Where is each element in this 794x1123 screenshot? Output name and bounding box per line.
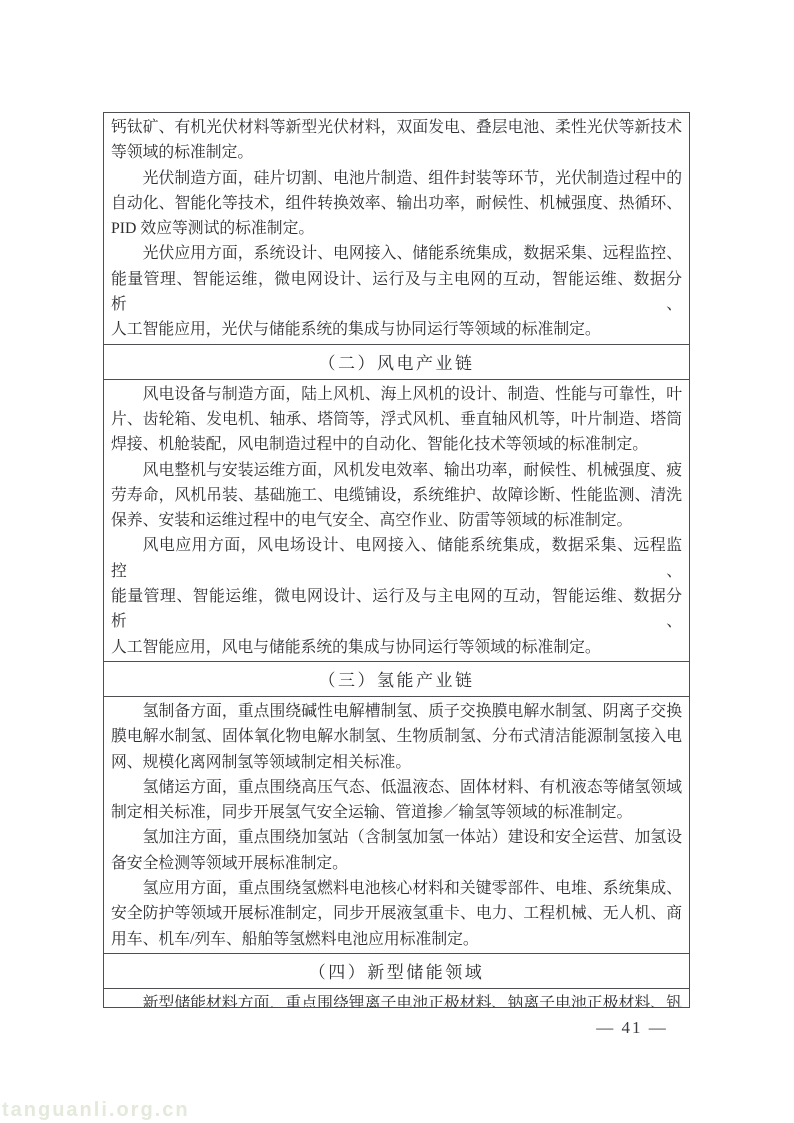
text-line: 钙钛矿、有机光伏材料等新型光伏材料，双面发电、叠层电池、柔性光伏等新技术 <box>111 115 682 140</box>
document-border-box: 钙钛矿、有机光伏材料等新型光伏材料，双面发电、叠层电池、柔性光伏等新技术等领域的… <box>103 112 690 1008</box>
text-line: 膜电解水制氢、固体氧化物电解水制氢、生物质制氢、分布式清洁能源制氢接入电 <box>111 724 682 749</box>
text-line: 风电应用方面，风电场设计、电网接入、储能系统集成，数据采集、远程监控、 <box>111 533 682 584</box>
text-line: 等领域的标准制定。 <box>111 140 682 165</box>
text-line: 光伏制造方面，硅片切割、电池片制造、组件封装等环节，光伏制造过程中的 <box>111 166 682 191</box>
text-line: 片、齿轮箱、发电机、轴承、塔筒等，浮式风机、垂直轴风机等，叶片制造、塔筒 <box>111 407 682 432</box>
text-line: 人工智能应用，光伏与储能系统的集成与协同运行等领域的标准制定。 <box>111 317 682 342</box>
text-line: 光伏应用方面，系统设计、电网接入、储能系统集成，数据采集、远程监控、 <box>111 241 682 266</box>
text-line: 劳寿命，风机吊装、基础施工、电缆铺设，系统维护、故障诊断、性能监测、清洗 <box>111 483 682 508</box>
text-line: 用车、机车/列车、船舶等氢燃料电池应用标准制定。 <box>111 927 682 952</box>
text-line: 制定相关标准，同步开展氢气安全运输、管道掺／输氢等领域的标准制定。 <box>111 800 682 825</box>
paragraph-block-new-energy-storage: 新型储能材料方面，重点围绕锂离子电池正极材料、钠离子电池正极材料、钒电解液等领域… <box>104 989 689 1008</box>
text-line: PID 效应等测试的标准制定。 <box>111 216 682 241</box>
text-line: 风电整机与安装运维方面，风机发电效率、输出功率，耐候性、机械强度、疲 <box>111 458 682 483</box>
text-line: 新型储能材料方面，重点围绕锂离子电池正极材料、钠离子电池正极材料、钒 <box>111 991 682 1008</box>
section-heading: （二）风电产业链 <box>104 344 689 380</box>
text-line: 风电设备与制造方面，陆上风机、海上风机的设计、制造、性能与可靠性，叶 <box>111 382 682 407</box>
text-line: 氢储运方面，重点围绕高压气态、低温液态、固体材料、有机液态等储氢领域 <box>111 775 682 800</box>
section-heading: （四）新型储能领域 <box>104 953 689 989</box>
text-line: 氢加注方面，重点围绕加氢站（含制氢加氢一体站）建设和安全运营、加氢设 <box>111 825 682 850</box>
watermark-text: tanguanli.org.cn <box>2 1099 190 1122</box>
document-page: 钙钛矿、有机光伏材料等新型光伏材料，双面发电、叠层电池、柔性光伏等新技术等领域的… <box>0 0 794 1123</box>
paragraph-block-wind-power-chain: 风电设备与制造方面，陆上风机、海上风机的设计、制造、性能与可靠性，叶片、齿轮箱、… <box>104 380 689 661</box>
text-line: 人工智能应用，风电与储能系统的集成与协同运行等领域的标准制定。 <box>111 635 682 660</box>
text-line: 自动化、智能化等技术，组件转换效率、输出功率，耐候性、机械强度、热循环、 <box>111 191 682 216</box>
page-number: — 41 — <box>567 1018 697 1038</box>
text-line: 安全防护等领域开展标准制定，同步开展液氢重卡、电力、工程机械、无人机、商 <box>111 901 682 926</box>
text-line: 网、规模化离网制氢等领域制定相关标准。 <box>111 750 682 775</box>
text-line: 氢制备方面，重点围绕碱性电解槽制氢、质子交换膜电解水制氢、阴离子交换 <box>111 699 682 724</box>
text-line: 能量管理、智能运维，微电网设计、运行及与主电网的互动，智能运维、数据分析、 <box>111 267 682 318</box>
text-line: 保养、安装和运维过程中的电气安全、高空作业、防雷等领域的标准制定。 <box>111 508 682 533</box>
section-heading: （三）氢能产业链 <box>104 661 689 697</box>
paragraph-block-hydrogen-chain: 氢制备方面，重点围绕碱性电解槽制氢、质子交换膜电解水制氢、阴离子交换膜电解水制氢… <box>104 697 689 953</box>
text-line: 氢应用方面，重点围绕氢燃料电池核心材料和关键零部件、电堆、系统集成、 <box>111 876 682 901</box>
text-line: 能量管理、智能运维，微电网设计、运行及与主电网的互动，智能运维、数据分析、 <box>111 584 682 635</box>
paragraph-block-photovoltaic-chain-continued: 钙钛矿、有机光伏材料等新型光伏材料，双面发电、叠层电池、柔性光伏等新技术等领域的… <box>104 113 689 344</box>
text-line: 备安全检测等领域开展标准制定。 <box>111 851 682 876</box>
text-line: 焊接、机舱装配，风电制造过程中的自动化、智能化技术等领域的标准制定。 <box>111 432 682 457</box>
